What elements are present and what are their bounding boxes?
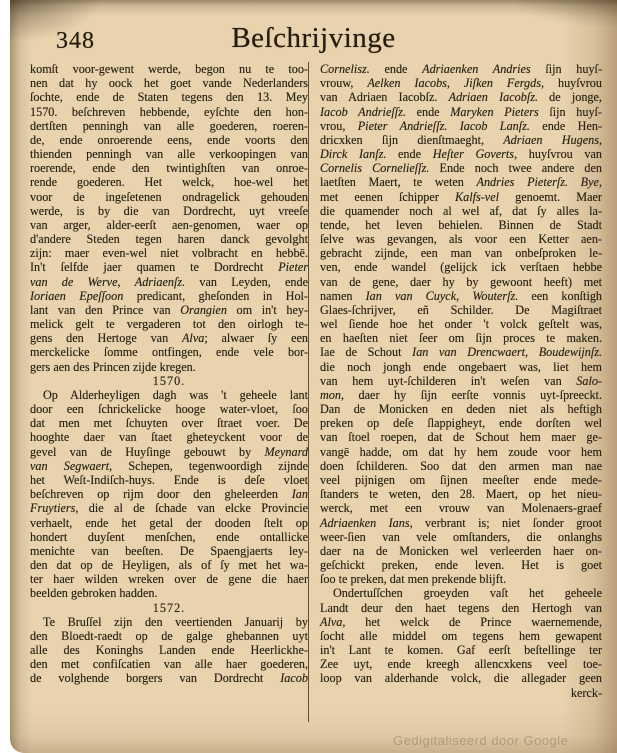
text-line: alle des Koninghs Landen ende Heerlickhe… <box>30 643 308 657</box>
text-line: Op Alderheyligen dagh was 't geheele lan… <box>30 388 308 402</box>
text-line: dertſten penningh van alle goederen, roe… <box>30 119 308 133</box>
text-line: loop van alderhande volck, die allegader… <box>320 671 602 685</box>
column-right: Cornelisz. ende Adriaenken Andries ſijn … <box>308 62 602 722</box>
text-line: den met confiſcatien van alle haer goede… <box>30 657 308 671</box>
text-line: vrou, Pieter Andrieſſz. Iacob Lanſz. end… <box>320 119 602 133</box>
text-line: ſocht alle middel om tegens hem gewapent <box>320 629 602 643</box>
text-line: van de Werve, Adriaenſz. van Leyden, end… <box>30 275 308 289</box>
text-line: van arger, alder-eerſt aen-genomen, waer… <box>30 218 308 232</box>
text-line: Landt deur den haet tegens den Hertogh v… <box>320 601 602 615</box>
text-line: doen ſchilderen. Soo dat den armen man n… <box>320 459 602 473</box>
text-line: Dan de Monicken en deden niet als heftig… <box>320 402 602 416</box>
text-line: ſtanders te weten, den 28. Maert, op het… <box>320 487 602 501</box>
text-line: vangē hadde, om dat hy hem zoude voor he… <box>320 445 602 459</box>
text-line: geſchickt preken, ende leven. Het is goe… <box>320 558 602 572</box>
text-line: verhaelt, ende het getal der dooden ſtel… <box>30 516 308 530</box>
text-line: gevel van de Huyſinge gebouwt by Meynard <box>30 445 308 459</box>
text-line: hondert duyſent menſchen, ende ontallick… <box>30 530 308 544</box>
section-date: 1570. <box>30 374 308 388</box>
text-line: namen Ian van Cuyck, Wouterſz. een konſt… <box>320 289 602 303</box>
text-line: Adriaenken Ians, verbrant is; niet ſonde… <box>320 516 602 530</box>
section-date: 1572. <box>30 601 308 615</box>
text-line: en haeſten niet ſeer om ſijn proces te m… <box>320 331 602 345</box>
text-line: gebracht zijnde, een man van onbeſproken… <box>320 246 602 260</box>
text-line: preken op deſe ſlappigheyt, ende dorſten… <box>320 416 602 430</box>
text-line: Ioriaen Epeſſoon predicant, gheſonden in… <box>30 289 308 303</box>
text-line: Fruytiers, die al de ſchade van elcke Pr… <box>30 501 308 515</box>
text-line: 1570. beſchreven hebbende, eyſchte den h… <box>30 105 308 119</box>
text-line: komſt voor-gewent werde, begon nu te too… <box>30 62 308 76</box>
text-line: die noch jongh ende ongebaert was, liet … <box>320 360 602 374</box>
text-line: rende goederen. Het welck, hoe-wel het <box>30 175 308 189</box>
text-line: voor de ingeſetenen ondragelick gehouden <box>30 190 308 204</box>
text-line: ter haer wilden wreken over de gene die … <box>30 572 308 586</box>
text-line: van hem uyt-ſchilderen in't weſen van Sa… <box>320 374 602 388</box>
text-line: In't ſelfde jaer quamen te Dordrecht Pie… <box>30 260 308 274</box>
text-line: Cornelis Cornelieſſz. Ende noch twee and… <box>320 161 602 175</box>
text-line: Glaes-ſchrijver, eñ Schilder. De Magiſtr… <box>320 303 602 317</box>
text-line: gens den Hertoge van Alva; alwaer ſy een <box>30 331 308 345</box>
text-line: Ondertuſſchen groeyden vaſt het geheele <box>320 586 602 600</box>
page-header: 348 Beſchrijvinge <box>10 26 617 62</box>
text-line: vrouw, Aelken Iacobs, Jiſken Fergds, huy… <box>320 76 602 90</box>
text-line: in't Lant te komen. Gaf eerſt beſtelling… <box>320 643 602 657</box>
two-column-text-area: komſt voor-gewent werde, begon nu te too… <box>30 62 602 722</box>
text-line: dricxken ſijn dienſtmaeght, Adriaen Huge… <box>320 133 602 147</box>
scanned-book-page: 348 Beſchrijvinge komſt voor-gewent werd… <box>10 0 617 753</box>
text-line: de, ende onroerende eens, ende voorts de… <box>30 133 308 147</box>
digitization-watermark: Gedigitaliseerd door Google <box>393 733 603 748</box>
text-line: ven, ende wandel (gelijck ick verſtaen h… <box>320 260 602 274</box>
text-line: d'andere Steden tegen haren danck gevolg… <box>30 232 308 246</box>
text-line: Dirck Ianſz. ende Heſter Goverts, huyſvr… <box>320 147 602 161</box>
scan-margin <box>0 0 10 753</box>
text-line: Iae de Schout Ian van Drencwaert, Boudew… <box>320 345 602 359</box>
text-line: beelden gebroken hadden. <box>30 586 308 600</box>
text-line: menichte van beeſten. De Spaengjaerts le… <box>30 544 308 558</box>
text-line: weer-ſien van vele omſtanders, die onlan… <box>320 530 602 544</box>
text-line: ſelve was gevangen, als voor een Ketter … <box>320 232 602 246</box>
text-line: beſchreven op rijm door den gheleerden I… <box>30 487 308 501</box>
text-line: de volghende borgers van Dordrecht Iacob <box>30 671 308 685</box>
text-line: roerende, ende den twintighſten van onro… <box>30 161 308 175</box>
text-line: gers aen des Princen zijde kregen. <box>30 360 308 374</box>
text-line: wel ſiende hoe het onder 't volck geſtel… <box>320 317 602 331</box>
text-line: ſochte, ende de Staten tegens den 13. Me… <box>30 90 308 104</box>
text-line: Te Bruſſel zijn den veertienden Januarij… <box>30 615 308 629</box>
text-line: mon, daer hy ſijn eerſte vonnis uyt-ſpre… <box>320 388 602 402</box>
text-line: nen dat hy oock het goet vande Nederland… <box>30 76 308 90</box>
text-line: hooghte daer van ſtaet gheteyckent voor … <box>30 430 308 444</box>
text-line: lant van den Prince van Orangien om in't… <box>30 303 308 317</box>
text-line: daer na de Monicken wel verleerden haer … <box>320 544 602 558</box>
text-line: werde, is by die van Dordrecht, uyt vree… <box>30 204 308 218</box>
text-line: van Segwaert, Schepen, tegenwoordigh zij… <box>30 459 308 473</box>
text-line: door een ſchrickelicke hooge water-vloet… <box>30 402 308 416</box>
text-line: van ſtoel roepen, dat de Schout hem maer… <box>320 430 602 444</box>
text-line: dat men met ſchuyten over ſtraet voer. D… <box>30 416 308 430</box>
text-line: zijn: maer even-wel niet volbracht en he… <box>30 246 308 260</box>
text-line: Zee uyt, ende kreegh allencxkens veel to… <box>320 657 602 671</box>
text-line: den Bloedt-raedt op de galge ghebannen u… <box>30 629 308 643</box>
text-line: Cornelisz. ende Adriaenken Andries ſijn … <box>320 62 602 76</box>
text-line: van Adriaen Iacobſz. Adriaen Iacobſz. de… <box>320 90 602 104</box>
running-title: Beſchrijvinge <box>10 22 617 55</box>
text-line: melick gelt te vergaderen tot den oirlog… <box>30 317 308 331</box>
text-line: merckelicke ſomme ontfingen, ende vele b… <box>30 345 308 359</box>
text-line: ſoo te preken, dat men prekende blijft. <box>320 572 602 586</box>
text-line: Iacob Andrieſſz. ende Maryken Pieters ſi… <box>320 105 602 119</box>
text-line: die quamender noch al wel af, dat ſy all… <box>320 204 602 218</box>
column-left: komſt voor-gewent werde, begon nu te too… <box>30 62 308 722</box>
book-scan-screenshot: { "page": { "number": "348", "running_ti… <box>0 0 617 753</box>
text-line: werck, met een vrouw van Molenaers-graef <box>320 501 602 515</box>
text-line: veel pijnigen om ſijnen meeſter ende med… <box>320 473 602 487</box>
text-line: met eenen ſchipper Kalfs-vel genoemt. Ma… <box>320 190 602 204</box>
text-line: tende, het leven behielen. Binnen de Sta… <box>320 218 602 232</box>
catchword: kerck- <box>320 686 602 700</box>
text-line: laetſten Maert, te weten Andries Pieterſ… <box>320 175 602 189</box>
text-line: thienden penningh van alle verkoopingen … <box>30 147 308 161</box>
text-line: den dat op de Heyligen, als of ſy met he… <box>30 558 308 572</box>
text-line: van de gene, daer hy by gewoont heeft) m… <box>320 275 602 289</box>
text-line: het Weſt-Indiſch-huys. Ende is deſe vloe… <box>30 473 308 487</box>
text-line: Alva, het welck de Prince waernemende, <box>320 615 602 629</box>
